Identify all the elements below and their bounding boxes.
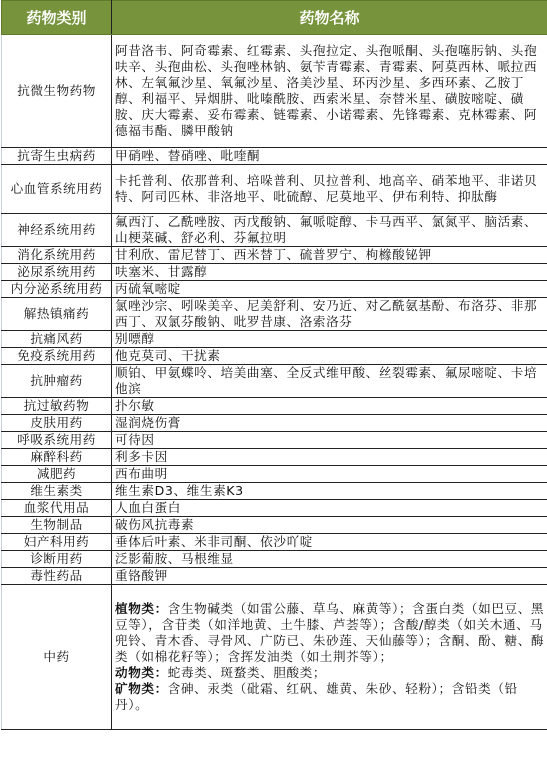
table-row: 维生素类维生素D3、维生素K3 (2, 483, 547, 500)
table-row: 皮肤用药湿润烧伤膏 (2, 415, 547, 432)
table-row: 免疫系统用药他克莫司、干扰素 (2, 348, 547, 365)
names-cell: 湿润烧伤膏 (112, 415, 547, 432)
table-row: 妇产科用药垂体后叶素、米非司酮、依沙吖啶 (2, 534, 547, 551)
header-row: 药物类别 药物名称 (2, 1, 547, 35)
category-cell: 心血管系统用药 (2, 165, 112, 214)
category-cell: 维生素类 (2, 483, 112, 500)
category-cell: 血浆代用品 (2, 500, 112, 517)
animal-text: 蛇毒类、斑蝥类、胆酸类； (168, 665, 326, 680)
category-cell: 内分泌系统用药 (2, 281, 112, 298)
names-cell: 西布曲明 (112, 466, 547, 483)
category-cell: 呼吸系统用药 (2, 432, 112, 449)
names-cell: 氟西汀、乙酰唑胺、丙戊酸钠、氟哌啶醇、卡马西平、氯氮平、脑活素、山梗菜碱、舒必利… (112, 214, 547, 247)
table-row: 心血管系统用药卡托普利、依那普利、培哚普利、贝拉普利、地高辛、硝苯地平、非诺贝特… (2, 165, 547, 214)
category-cell: 抗痛风药 (2, 331, 112, 348)
names-cell: 利多卡因 (112, 449, 547, 466)
names-cell: 氯唑沙宗、吲哚美辛、尼美舒利、安乃近、对乙酰氨基酚、布洛芬、非那西丁、双氯芬酸钠… (112, 298, 547, 331)
table-row-tcm: 中药 植物类：含生物碱类（如雷公藤、草乌、麻黄等）；含蛋白类（如巴豆、黑豆等），… (2, 585, 547, 730)
category-cell: 中药 (2, 585, 112, 730)
table-row: 抗微生物药物阿昔洛韦、阿奇霉素、红霉素、头孢拉定、头孢哌酮、头孢噻肟钠、头孢呋辛… (2, 35, 547, 148)
names-cell: 甲硝唑、替硝唑、吡喹酮 (112, 148, 547, 165)
table-row: 解热镇痛药氯唑沙宗、吲哚美辛、尼美舒利、安乃近、对乙酰氨基酚、布洛芬、非那西丁、… (2, 298, 547, 331)
names-cell: 重铬酸钾 (112, 568, 547, 585)
names-cell: 维生素D3、维生素K3 (112, 483, 547, 500)
category-cell: 抗过敏药物 (2, 398, 112, 415)
table-row: 血浆代用品人血白蛋白 (2, 500, 547, 517)
category-cell: 免疫系统用药 (2, 348, 112, 365)
mineral-label: 矿物类： (115, 681, 168, 696)
category-cell: 抗寄生虫病药 (2, 148, 112, 165)
table-row: 诊断用药泛影葡胺、马根维显 (2, 551, 547, 568)
category-cell: 麻醉科药 (2, 449, 112, 466)
names-cell: 破伤风抗毒素 (112, 517, 547, 534)
category-cell: 减肥药 (2, 466, 112, 483)
names-cell: 顺铂、甲氨蝶呤、培美曲塞、全反式维甲酸、丝裂霉素、氟尿嘧啶、卡培他滨 (112, 365, 547, 398)
category-cell: 解热镇痛药 (2, 298, 112, 331)
names-cell: 阿昔洛韦、阿奇霉素、红霉素、头孢拉定、头孢哌酮、头孢噻肟钠、头孢呋辛、头孢曲松、… (112, 35, 547, 148)
names-cell: 呋塞米、甘露醇 (112, 264, 547, 281)
names-cell: 他克莫司、干扰素 (112, 348, 547, 365)
names-cell: 人血白蛋白 (112, 500, 547, 517)
names-cell: 泛影葡胺、马根维显 (112, 551, 547, 568)
table-row: 毒性药品重铬酸钾 (2, 568, 547, 585)
table-row: 减肥药西布曲明 (2, 466, 547, 483)
table-row: 抗过敏药物扑尔敏 (2, 398, 547, 415)
table-row: 泌尿系统用药呋塞米、甘露醇 (2, 264, 547, 281)
category-cell: 泌尿系统用药 (2, 264, 112, 281)
drug-table: 药物类别 药物名称 抗微生物药物阿昔洛韦、阿奇霉素、红霉素、头孢拉定、头孢哌酮、… (1, 0, 547, 730)
category-cell: 皮肤用药 (2, 415, 112, 432)
names-cell: 可待因 (112, 432, 547, 449)
table-row: 抗痛风药别嘌醇 (2, 331, 547, 348)
category-cell: 消化系统用药 (2, 247, 112, 264)
tcm-names-cell: 植物类：含生物碱类（如雷公藤、草乌、麻黄等）；含蛋白类（如巴豆、黑豆等），含苷类… (112, 585, 547, 730)
table-row: 神经系统用药氟西汀、乙酰唑胺、丙戊酸钠、氟哌啶醇、卡马西平、氯氮平、脑活素、山梗… (2, 214, 547, 247)
header-names: 药物名称 (112, 1, 547, 35)
names-cell: 丙硫氧嘧啶 (112, 281, 547, 298)
table-row: 抗肿瘤药顺铂、甲氨蝶呤、培美曲塞、全反式维甲酸、丝裂霉素、氟尿嘧啶、卡培他滨 (2, 365, 547, 398)
category-cell: 生物制品 (2, 517, 112, 534)
category-cell: 诊断用药 (2, 551, 112, 568)
table-row: 抗寄生虫病药甲硝唑、替硝唑、吡喹酮 (2, 148, 547, 165)
category-cell: 毒性药品 (2, 568, 112, 585)
plant-label: 植物类： (115, 601, 168, 616)
names-cell: 卡托普利、依那普利、培哚普利、贝拉普利、地高辛、硝苯地平、非诺贝特、阿司匹林、非… (112, 165, 547, 214)
table-row: 呼吸系统用药可待因 (2, 432, 547, 449)
animal-label: 动物类： (115, 665, 168, 680)
category-cell: 抗微生物药物 (2, 35, 112, 148)
category-cell: 妇产科用药 (2, 534, 112, 551)
table-row: 消化系统用药甘利欣、雷尼替丁、西米替丁、硫普罗宁、枸橼酸铋钾 (2, 247, 547, 264)
category-cell: 神经系统用药 (2, 214, 112, 247)
table-row: 内分泌系统用药丙硫氧嘧啶 (2, 281, 547, 298)
header-category: 药物类别 (2, 1, 112, 35)
names-cell: 别嘌醇 (112, 331, 547, 348)
mineral-text: 含砷、汞类（砒霜、红矾、雄黄、朱砂、轻粉）；含铅类（铅丹）。 (115, 681, 518, 712)
table-row: 麻醉科药利多卡因 (2, 449, 547, 466)
category-cell: 抗肿瘤药 (2, 365, 112, 398)
names-cell: 扑尔敏 (112, 398, 547, 415)
names-cell: 甘利欣、雷尼替丁、西米替丁、硫普罗宁、枸橼酸铋钾 (112, 247, 547, 264)
names-cell: 垂体后叶素、米非司酮、依沙吖啶 (112, 534, 547, 551)
plant-text: 含生物碱类（如雷公藤、草乌、麻黄等）；含蛋白类（如巴豆、黑豆等），含苷类（如洋地… (115, 601, 544, 664)
table-row: 生物制品破伤风抗毒素 (2, 517, 547, 534)
